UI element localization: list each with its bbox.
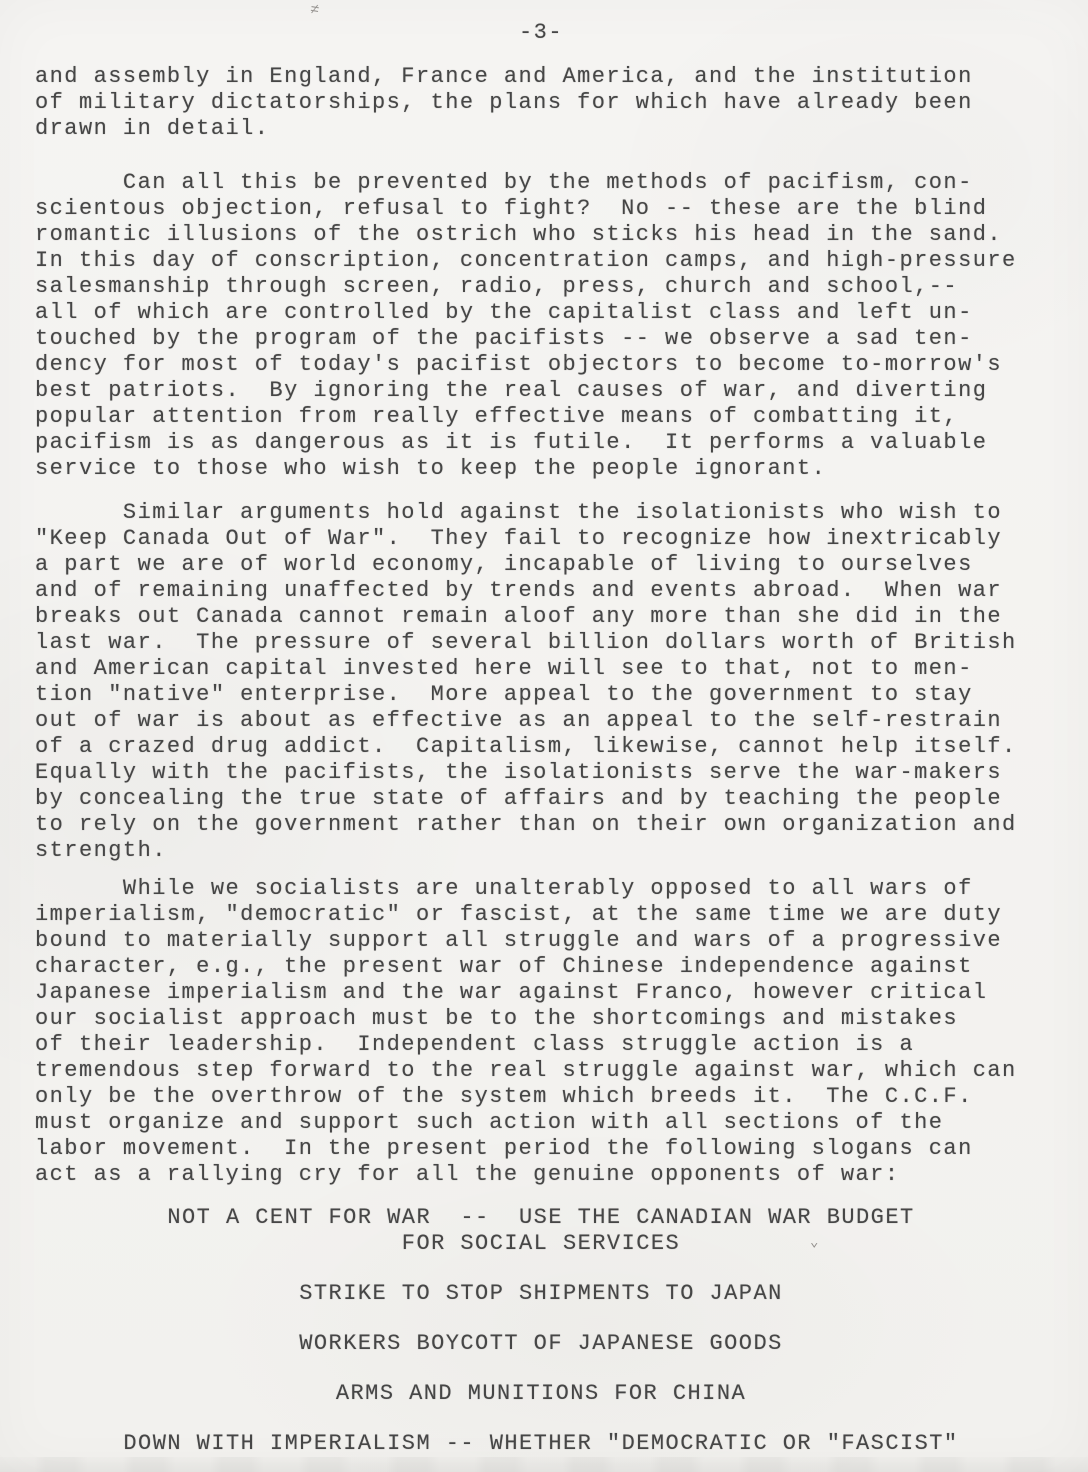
paragraphs-container: and assembly in England, France and Amer… [35, 64, 1047, 1188]
paragraph: While we socialists are unalterably oppo… [35, 876, 1047, 1188]
paragraph: Can all this be prevented by the methods… [35, 170, 1047, 482]
slogans-container: NOT A CENT FOR WAR -- USE THE CANADIAN W… [35, 1205, 1047, 1457]
document-body: and assembly in England, France and Amer… [35, 64, 1047, 1457]
slogan: STRIKE TO STOP SHIPMENTS TO JAPAN [35, 1281, 1047, 1307]
document-page: ≠ -3- and assembly in England, France an… [0, 0, 1088, 1472]
paragraph: Similar arguments hold against the isola… [35, 500, 1047, 864]
page-number: -3- [35, 20, 1047, 46]
ink-smudge-icon: ⌄ [810, 1234, 818, 1251]
paragraph: and assembly in England, France and Amer… [35, 64, 1047, 142]
paper-edge-shadow [0, 1457, 1088, 1472]
slogan: ARMS AND MUNITIONS FOR CHINA [35, 1381, 1047, 1407]
slogan: NOT A CENT FOR WAR -- USE THE CANADIAN W… [35, 1205, 1047, 1257]
slogan: WORKERS BOYCOTT OF JAPANESE GOODS [35, 1331, 1047, 1357]
ink-smudge-icon: ≠ [309, 1, 321, 19]
slogan: DOWN WITH IMPERIALISM -- WHETHER "DEMOCR… [35, 1431, 1047, 1457]
